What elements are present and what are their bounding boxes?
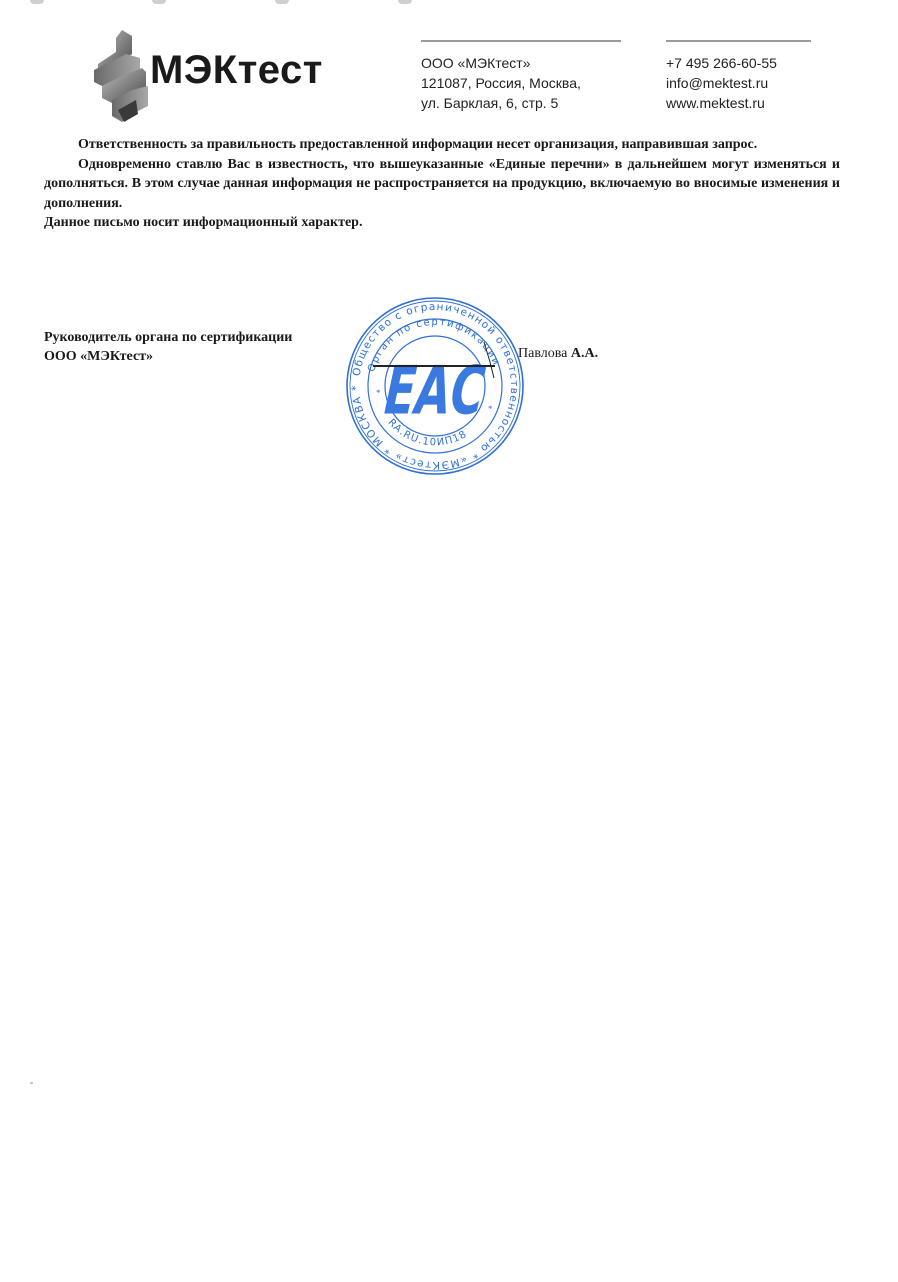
- signatory-organization: ООО «МЭКтест»: [44, 347, 292, 366]
- signatory-position: Руководитель органа по сертификации: [44, 328, 292, 347]
- signatory-initials: А.А.: [571, 346, 598, 361]
- scan-mark: [152, 0, 166, 4]
- phone-number: +7 495 266-60-55: [666, 53, 777, 73]
- paragraph-responsibility: Ответственность за правильность предоста…: [44, 135, 840, 155]
- signatory-title: Руководитель органа по сертификации ООО …: [44, 328, 292, 366]
- address-line-1: 121087, Россия, Москва,: [421, 73, 581, 93]
- header-divider: [421, 40, 621, 42]
- mektest-stacked-blocks-icon: [92, 28, 150, 124]
- scan-speck: [30, 1082, 33, 1084]
- official-stamp: Общество с ограниченной ответственностью…: [342, 296, 528, 476]
- signature-stroke: [480, 340, 502, 380]
- company-address: ООО «МЭКтест» 121087, Россия, Москва, ул…: [421, 53, 581, 113]
- website-url: www.mektest.ru: [666, 93, 777, 113]
- svg-text:ЕАС: ЕАС: [377, 351, 493, 429]
- stamp-star: *: [376, 388, 381, 398]
- address-line-2: ул. Барклая, 6, стр. 5: [421, 93, 581, 113]
- email-address: info@mektest.ru: [666, 73, 777, 93]
- stamp-star: *: [488, 404, 493, 414]
- signatory-surname: Павлова: [518, 346, 567, 361]
- signatory-name: Павлова А.А.: [518, 346, 598, 362]
- scan-mark: [30, 0, 44, 4]
- logo-wordmark: МЭКтест: [150, 50, 323, 90]
- eac-mark-icon: ЕАС: [377, 351, 493, 429]
- company-name: ООО «МЭКтест»: [421, 53, 581, 73]
- paragraph-informational: Данное письмо носит информационный харак…: [44, 213, 840, 233]
- signature-line: [373, 365, 495, 367]
- company-contacts: +7 495 266-60-55 info@mektest.ru www.mek…: [666, 53, 777, 113]
- letter-page: МЭКтест ООО «МЭКтест» 121087, Россия, Мо…: [0, 0, 898, 1282]
- scan-mark: [398, 0, 412, 4]
- letter-body: Ответственность за правильность предоста…: [44, 135, 840, 233]
- scan-mark: [275, 0, 289, 4]
- header-divider: [666, 40, 811, 42]
- paragraph-changes-notice: Одновременно ставлю Вас в известность, ч…: [44, 155, 840, 214]
- company-logo: МЭКтест: [92, 28, 352, 124]
